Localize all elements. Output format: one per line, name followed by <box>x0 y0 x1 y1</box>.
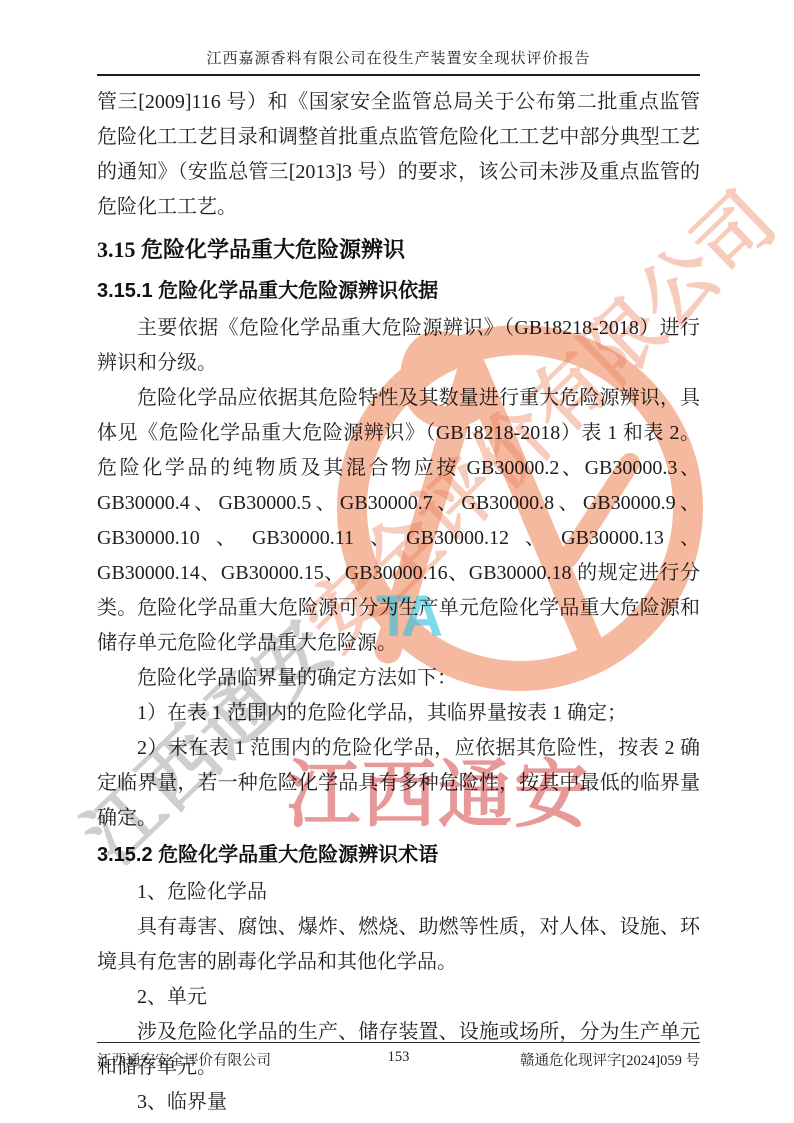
body-text: 管三[2009]116 号）和《国家安全监管总局关于公布第二批重点监管危险化工工… <box>97 85 700 1120</box>
page-footer: 江西通安安全评价有限公司 153 赣通危化现评字[2024]059 号 <box>97 1042 700 1070</box>
term-1-title: 1、危险化学品 <box>97 875 700 910</box>
page-content: 江西嘉源香料有限公司在役生产装置安全现状评价报告 管三[2009]116 号）和… <box>97 50 700 1120</box>
term-1-definition: 具有毒害、腐蚀、爆炸、燃烧、助燃等性质，对人体、设施、环境具有危害的剧毒化学品和… <box>97 910 700 980</box>
paragraph-basis: 主要依据《危险化学品重大危险源辨识》（GB18218-2018）进行辨识和分级。 <box>97 311 700 381</box>
term-3-title: 3、临界量 <box>97 1085 700 1120</box>
term-2-title: 2、单元 <box>97 980 700 1015</box>
section-heading-3-15: 3.15 危险化学品重大危险源辨识 <box>97 229 700 270</box>
footer-doc-number: 赣通危化现评字[2024]059 号 <box>520 1049 700 1070</box>
footer-page-number: 153 <box>388 1049 410 1066</box>
section-heading-3-15-2: 3.15.2 危险化学品重大危险源辨识术语 <box>97 836 700 875</box>
list-item-2: 2）未在表 1 范围内的危险化学品，应依据其危险性，按表 2 确定临界量，若一种… <box>97 731 700 836</box>
footer-company-name: 江西通安安全评价有限公司 <box>97 1049 271 1070</box>
paragraph-continuation: 管三[2009]116 号）和《国家安全监管总局关于公布第二批重点监管危险化工工… <box>97 85 700 225</box>
paragraph-identification: 危险化学品应依据其危险特性及其数量进行重大危险源辨识，具体见《危险化学品重大危险… <box>97 381 700 661</box>
document-page: TA 江西通安 江西通安安全评价有限公司 江西嘉源香料有限公司在役生产装置安全现… <box>0 0 794 1123</box>
header-rule <box>97 74 700 76</box>
section-heading-3-15-1: 3.15.1 危险化学品重大危险源辨识依据 <box>97 272 700 311</box>
paragraph-threshold-intro: 危险化学品临界量的确定方法如下： <box>97 661 700 696</box>
report-header-title: 江西嘉源香料有限公司在役生产装置安全现状评价报告 <box>97 50 700 68</box>
list-item-1: 1）在表 1 范围内的危险化学品，其临界量按表 1 确定； <box>97 696 700 731</box>
